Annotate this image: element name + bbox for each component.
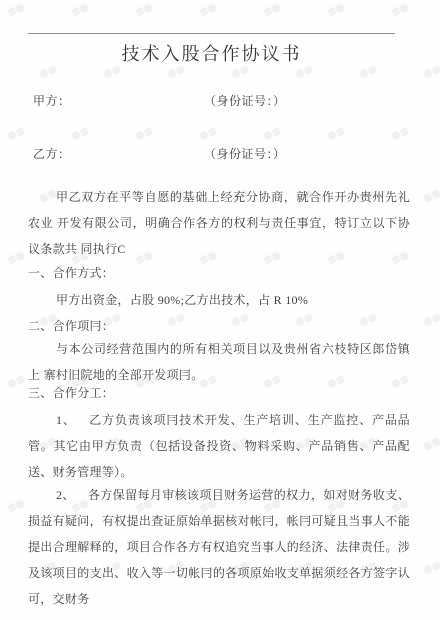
section-3-heading: 三、合作分工： — [28, 380, 410, 406]
document-page: 技术入股合作协议书 甲方： （身份证号：） 乙方： （身份证号：） 甲乙双方在平… — [0, 0, 440, 620]
section-1-heading: 一、合作方式： — [28, 260, 410, 286]
item-1-number: 1、 — [56, 413, 76, 427]
item-2-number: 2、 — [56, 488, 75, 502]
item-2-text: 各方保留每月审核该项目财务运营的权力，如对财务收支、损益有疑问，有权提出查证原始… — [28, 488, 410, 606]
preamble-paragraph: 甲乙双方在平等自愿的基础上经充分协商，就合作开办贵州先礼农业 开发有限公司，明确… — [28, 184, 410, 262]
item-1-text: 乙方负责该项冃技术开发、生产培训、生产监控、产品品管。其它由甲方负责（包括设备投… — [28, 413, 410, 479]
section-3-item-2: 2、各方保留每月审核该项目财务运营的权力，如对财务收支、损益有疑问，有权提出查证… — [28, 482, 410, 612]
document-title: 技术入股合作协议书 — [28, 40, 395, 66]
section-3-item-1: 1、乙方负责该项冃技术开发、生产培训、生产监控、产品品管。其它由甲方负责（包括设… — [28, 407, 410, 485]
party-b-id-field: （身份证号：） — [204, 145, 286, 162]
header-rule — [28, 33, 395, 34]
section-1-paragraph: 甲方出资金，占股 90%;乙方出技术，占 R 10% — [28, 287, 410, 313]
party-a-label: 甲方： — [33, 92, 71, 109]
party-b-label: 乙方： — [33, 145, 71, 162]
party-a-id-field: （身份证号：） — [204, 92, 286, 109]
